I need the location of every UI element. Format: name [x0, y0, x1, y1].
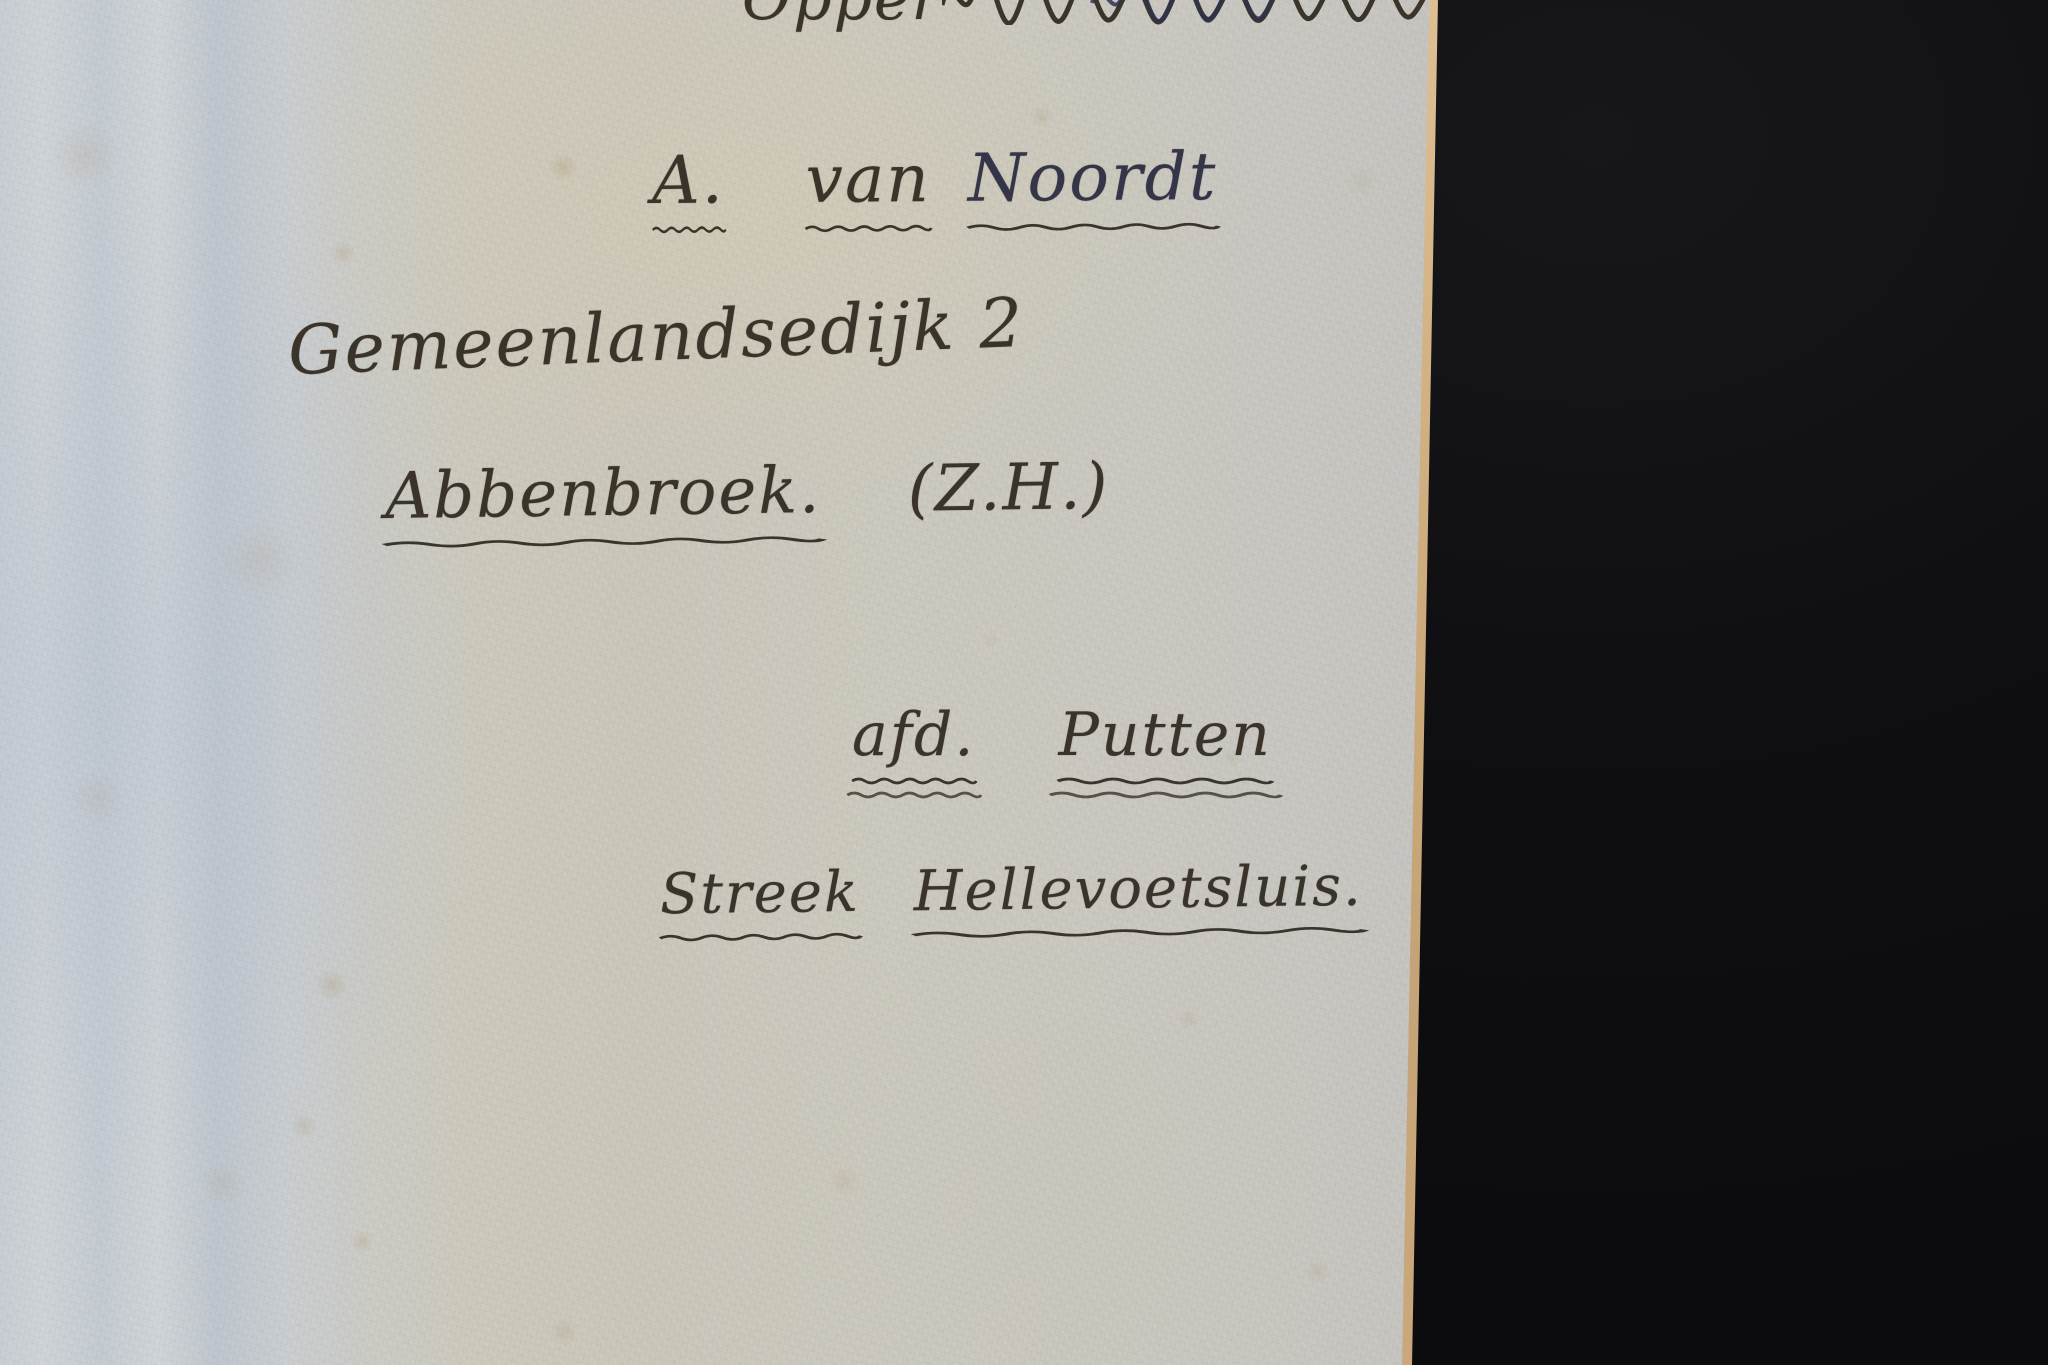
top-line-partial-text: Opper — [742, 0, 942, 34]
handwriting-layer: Opper A. van Noordt Gemeenlandsedijk 2 A… — [0, 0, 2048, 1365]
word: Streek — [660, 860, 861, 927]
afdeling-place: Putten — [1059, 700, 1272, 770]
name-particle: van — [805, 140, 931, 218]
wavy-underline — [377, 534, 831, 550]
word: A. — [652, 141, 725, 219]
wavy-underline — [657, 931, 865, 944]
wavy-underline — [845, 790, 983, 800]
word: Abbenbroek. — [385, 454, 822, 534]
illegible-overwritten-scribble — [942, 0, 1442, 25]
word: van — [805, 140, 931, 218]
name-line: A. van Noordt — [652, 138, 1218, 219]
surname: Noordt — [968, 138, 1218, 217]
province-abbreviation: (Z.H.) — [907, 450, 1110, 527]
streek-label: Streek — [660, 860, 861, 927]
afdeling-line: afd. Putten — [852, 700, 1272, 770]
wavy-underline — [905, 925, 1372, 941]
word: afd. — [852, 700, 975, 770]
wavy-underline — [1054, 776, 1276, 786]
street-address: Gemeenlandsedijk 2 — [287, 284, 1026, 391]
top-line-partial: Opper — [742, 0, 1442, 34]
wavy-underline — [651, 224, 727, 235]
streek-place: Hellevoetsluis. — [913, 854, 1363, 924]
street-line: Gemeenlandsedijk 2 — [287, 284, 1026, 391]
wavy-underline — [850, 776, 978, 786]
afdeling-abbreviation: afd. — [852, 700, 975, 770]
word: Noordt — [968, 138, 1218, 217]
word: Putten — [1059, 700, 1272, 770]
name-initial: A. — [652, 141, 725, 219]
wavy-underline — [803, 223, 933, 234]
word: (Z.H.) — [907, 450, 1110, 527]
wavy-underline — [1046, 790, 1285, 800]
place-line: Abbenbroek. (Z.H.) — [385, 450, 1110, 534]
wavy-underline — [963, 221, 1223, 233]
streek-line: Streek Hellevoetsluis. — [660, 854, 1364, 928]
village-name: Abbenbroek. — [385, 454, 822, 534]
photo-of-handwritten-document: Opper A. van Noordt Gemeenlandsedijk 2 A… — [0, 0, 2048, 1365]
word: Hellevoetsluis. — [913, 854, 1363, 924]
